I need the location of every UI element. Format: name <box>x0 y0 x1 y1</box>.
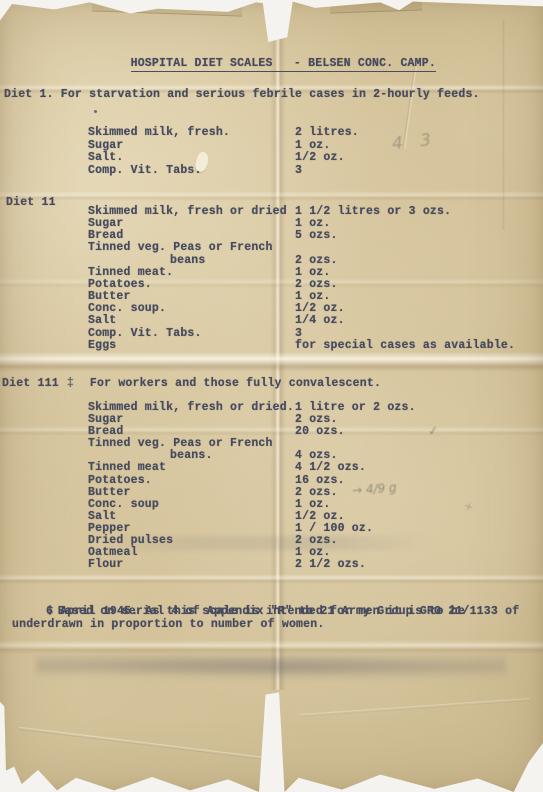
ration-item-label: Flour <box>88 559 295 571</box>
ration-quantity: 1/2 oz. <box>295 511 345 523</box>
ration-item-label: Bread <box>88 230 295 242</box>
diet-row: Tinned meat. 1 oz. <box>88 267 515 279</box>
scanned-document: HOSPITAL DIET SCALES - BELSEN CONC. CAMP… <box>0 0 543 792</box>
diet-row: Tinned veg. Peas or French <box>88 242 515 254</box>
diet-row: Sugar 2 ozs. <box>88 414 416 426</box>
ink-bleedthrough-smudge <box>100 536 430 550</box>
ration-item-label: Pepper <box>88 523 295 535</box>
diet-row: Tinned veg. Peas or French <box>88 438 416 450</box>
ration-quantity: 2 ozs. <box>295 487 338 499</box>
diet3-heading: Diet 111 ‡ For workers and those fully c… <box>2 377 381 390</box>
ration-quantity: 1 oz. <box>295 291 331 303</box>
ration-quantity: 3 <box>295 165 302 178</box>
ration-quantity: 1/4 oz. <box>295 315 345 327</box>
ration-quantity: 2 litres. <box>295 127 359 140</box>
footnote-line-3: underdrawn in proportion to number of wo… <box>12 618 324 631</box>
ration-quantity: 2 1/2 ozs. <box>295 559 366 571</box>
footnote-line-2: 6 April 1945. As this scale is intended … <box>46 605 465 618</box>
ration-quantity: 1 oz. <box>295 499 331 511</box>
ration-quantity: 1 oz. <box>295 547 331 559</box>
ration-item-label: Sugar <box>88 414 295 426</box>
diet-row: Bread 20 ozs. <box>88 426 416 438</box>
document-title: HOSPITAL DIET SCALES - BELSEN CONC. CAMP… <box>88 44 436 83</box>
footnote-text-1: Based on serial 4 of Appendix "R" to 21 … <box>58 605 520 618</box>
ration-quantity: 1 oz. <box>295 140 331 153</box>
ration-item-label: Skimmed milk, fresh or dried. <box>88 402 295 414</box>
diet1-heading: Diet 1. For starvation and serious febri… <box>4 88 480 101</box>
horizontal-crease <box>0 426 543 436</box>
ration-item-label: Dried pulses <box>88 535 295 547</box>
ration-quantity: 2 ozs. <box>295 255 338 267</box>
diet-row: Skimmed milk, fresh. 2 litres. <box>88 127 359 140</box>
ration-quantity: 1 1/2 litres or 3 ozs. <box>295 206 451 218</box>
ration-item-label: Comp. Vit. Tabs. <box>88 328 295 340</box>
horizontal-fold-major <box>0 352 543 372</box>
ration-item-label: Comp. Vit. Tabs. <box>88 165 295 178</box>
ration-quantity: 20 ozs. <box>295 426 345 438</box>
ration-quantity: 2 ozs. <box>295 414 338 426</box>
diet-row: Potatoes. 16 ozs. <box>88 475 416 487</box>
diet-row: Sugar 1 oz. <box>88 140 359 153</box>
ration-item-label: Butter <box>88 487 295 499</box>
diet-row: beans. 4 ozs. <box>88 450 416 462</box>
torn-edge-flap <box>92 0 242 17</box>
diet-row: Salt 1/4 oz. <box>88 315 515 327</box>
diet-row: Salt. 1/2 oz. <box>88 152 359 165</box>
ration-item-label: Bread <box>88 426 295 438</box>
diagonal-crease <box>402 60 418 150</box>
ration-item-label: Potatoes. <box>88 279 295 291</box>
ration-item-label: Potatoes. <box>88 475 295 487</box>
diet2-heading: Diet 11 <box>6 196 56 209</box>
horizontal-crease <box>0 640 543 654</box>
torn-edge-flap <box>330 0 422 14</box>
diet-row: Comp. Vit. Tabs. 3 <box>88 328 515 340</box>
ration-item-label: Tinned veg. Peas or French <box>88 242 295 254</box>
pencil-stray-mark: + <box>462 499 475 514</box>
ration-item-label: Tinned meat. <box>88 267 295 279</box>
diagonal-crease <box>19 727 268 760</box>
ration-quantity: for special cases as available. <box>295 340 515 352</box>
diet-row: Oatmeal 1 oz. <box>88 547 416 559</box>
diet1-description: For starvation and serious febrile cases… <box>61 88 480 101</box>
pencil-check-mark: ✓ <box>427 423 440 440</box>
ration-quantity: 1 / 100 oz. <box>295 523 373 535</box>
diet-row: Conc. soup 1 oz. <box>88 499 416 511</box>
ration-quantity: 16 ozs. <box>295 475 345 487</box>
title-text: HOSPITAL DIET SCALES - BELSEN CONC. CAMP… <box>131 57 436 72</box>
ration-quantity: 2 ozs. <box>295 535 338 547</box>
ration-item-label: Conc. soup <box>88 499 295 511</box>
ration-item-label: Tinned meat <box>88 462 295 474</box>
ration-item-label: Butter <box>88 291 295 303</box>
diet1-label: Diet 1. <box>4 88 54 101</box>
pencil-butter-note: → 4/9 g <box>352 480 397 497</box>
ration-quantity: 3 <box>295 328 302 340</box>
diet2-table: Skimmed milk, fresh or dried 1 1/2 litre… <box>88 206 515 352</box>
diet-row: Tinned meat 4 1/2 ozs. <box>88 462 416 474</box>
diet1-table: Skimmed milk, fresh. 2 litres. Sugar 1 o… <box>88 127 359 178</box>
ration-quantity: 1 litre or 2 ozs. <box>295 402 416 414</box>
ration-item-label: Salt <box>88 511 295 523</box>
paper-sheet: HOSPITAL DIET SCALES - BELSEN CONC. CAMP… <box>0 0 543 792</box>
diet3-label: Diet 111 <box>2 377 59 390</box>
footnote-reference-mark: ‡ <box>67 377 74 390</box>
footnote-marker: ‡ <box>47 605 54 618</box>
ration-quantity: 1 oz. <box>295 267 331 279</box>
horizontal-crease <box>0 191 543 201</box>
diet-row: Skimmed milk, fresh or dried. 1 litre or… <box>88 402 416 414</box>
ration-quantity: 4 ozs. <box>295 450 338 462</box>
diet-row: Butter 1 oz. <box>88 291 515 303</box>
ration-item-label: Skimmed milk, fresh or dried <box>88 206 295 218</box>
stray-ink-dot <box>94 110 97 113</box>
diet-row: Dried pulses 2 ozs. <box>88 535 416 547</box>
diet-row: Sugar 1 oz. <box>88 218 515 230</box>
ration-item-label: Oatmeal <box>88 547 295 559</box>
horizontal-crease <box>0 84 543 94</box>
diet-row: Pepper 1 / 100 oz. <box>88 523 416 535</box>
diet-row: Salt 1/2 oz. <box>88 511 416 523</box>
ration-item-label: beans. <box>88 450 295 462</box>
ration-item-label: Salt. <box>88 152 295 165</box>
diet-row: Skimmed milk, fresh or dried 1 1/2 litre… <box>88 206 515 218</box>
diet3-description: For workers and those fully convalescent… <box>90 377 381 390</box>
diet-row: Bread 5 ozs. <box>88 230 515 242</box>
ration-item-label: Skimmed milk, fresh. <box>88 127 295 140</box>
vertical-fold-crease <box>270 28 286 690</box>
diet-row: Potatoes. 2 ozs. <box>88 279 515 291</box>
ration-item-label: Tinned veg. Peas or French <box>88 438 295 450</box>
ration-quantity: 1/2 oz. <box>295 152 345 165</box>
diet3-table: Skimmed milk, fresh or dried. 1 litre or… <box>88 402 416 571</box>
ration-quantity: 2 ozs. <box>295 279 338 291</box>
vertical-crease-faint <box>502 20 505 230</box>
horizontal-crease <box>0 278 543 288</box>
ration-item-label: Sugar <box>88 140 295 153</box>
ration-item-label: beans <box>88 255 295 267</box>
footnote-line-1: ‡Based on serial 4 of Appendix "R" to 21… <box>4 592 519 631</box>
ration-item-label: Eggs <box>88 340 295 352</box>
diet-row: beans 2 ozs. <box>88 255 515 267</box>
ration-item-label: Salt <box>88 315 295 327</box>
diagonal-crease <box>300 698 530 717</box>
ration-item-label: Conc. soup. <box>88 303 295 315</box>
ration-quantity: 4 1/2 ozs. <box>295 462 366 474</box>
diet-row: Conc. soup. 1/2 oz. <box>88 303 515 315</box>
ink-bleedthrough-smudge <box>36 652 506 680</box>
diet-row: Flour 2 1/2 ozs. <box>88 559 416 571</box>
pencil-annotation-figures: 4 3 <box>391 130 438 155</box>
ration-item-label: Sugar <box>88 218 295 230</box>
small-tear <box>193 151 211 174</box>
diet-row: Comp. Vit. Tabs. 3 <box>88 165 359 178</box>
ration-quantity: 5 ozs. <box>295 230 338 242</box>
diet2-label: Diet 11 <box>6 196 56 209</box>
ration-quantity: 1/2 oz. <box>295 303 345 315</box>
ration-quantity: 1 oz. <box>295 218 331 230</box>
diet-row: Eggs for special cases as available. <box>88 340 515 352</box>
diet-row: Butter 2 ozs. <box>88 487 416 499</box>
horizontal-crease <box>0 574 543 584</box>
